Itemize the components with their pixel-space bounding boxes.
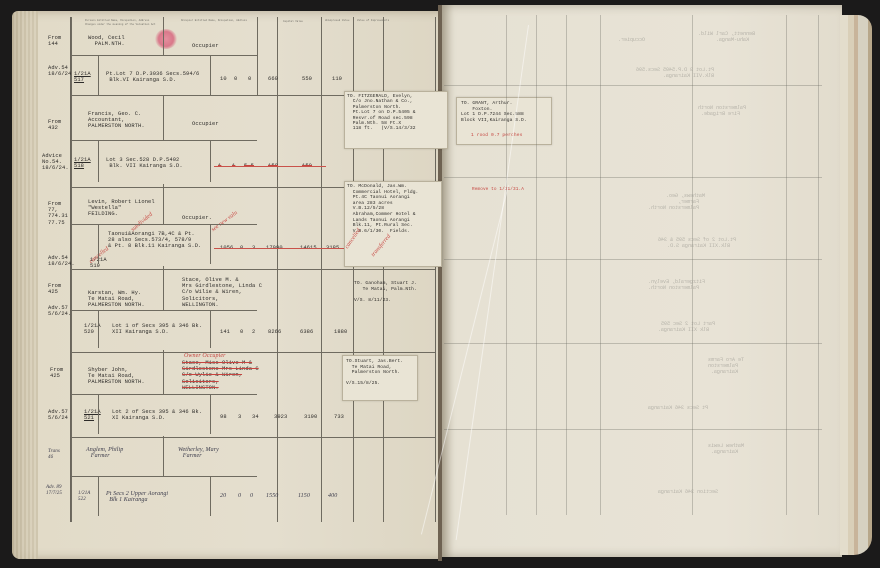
faint-rule [444,85,822,86]
bleed-through-text: Mathews, Geo. Farmer, Palmerston North. [648,193,705,211]
rule [98,56,99,95]
entry-advice: Adv. 89 17/7/25 [46,485,62,497]
bleed-through-text: Part Lot 2 Sec 595 Blk XII Kairanga. [658,321,715,333]
header-improvements: Value of Improvements [357,19,389,22]
bleed-through-text: Occupier. [618,37,645,43]
rule [210,476,211,516]
entry-description: Taonui&Aorangi 7B,4C & Pt. 28 also Secs.… [108,231,201,250]
entry-improvements-value: 733 [334,414,344,420]
page-edge [12,11,38,559]
entry-description: Lot 2 of Secs 395 & 346 Bk. XI Kairanga … [112,409,202,421]
owner-box [71,17,258,56]
faint-rule [600,15,601,515]
entry-area-acres: 20 [220,493,226,499]
entry-capital-value: 8266 [268,329,281,335]
entry-area-roods: 3 [238,414,241,420]
rule [98,394,99,434]
rule [210,394,211,434]
entry-description: Pt Secs 2 Upper Aorangi Blk 1 Kairanga [106,491,168,503]
entry-improvements-value: 1880 [334,329,347,335]
book-spine [438,5,442,561]
transfer-note: TO. Ganoham, Stuart J. Te Matai, Palm.Nt… [354,281,417,303]
bleed-through-text: Pt.Lot 3 D.P.5405 Secs.596 Blk.VII Kaira… [636,67,714,79]
faint-rule [506,15,507,515]
entry-valuation-no: 1/21A 518 [74,157,91,169]
rule [163,96,164,140]
rule [163,184,164,224]
bleed-through-text: Section 346 Kairanga [658,489,718,495]
entry-owner: Shyber John, Te Matai Road, PALMERSTON N… [88,367,145,386]
entry-area-perches: 0 [250,493,253,499]
entry-unimproved-value: 550 [302,76,312,82]
entry-capital-value: 660 [268,76,278,82]
bleed-through-text: Palmerston North Fire Brigade. [698,105,746,117]
rule [163,350,164,394]
entry-occupier: Stace, Miss Olive M & Girdlestone Mrs Li… [182,360,259,391]
entry-capital-value: 3923 [274,414,287,420]
entry-ref: From 432 [48,119,61,131]
entry-ref: From 77, 774.31 77.75 [48,201,68,226]
entry-area-roods: 0 [240,329,243,335]
entry-unimproved-value: 1150 [298,493,310,499]
transfer-note: TO. FITZGERALD, Evelyn, C/o Jno.Nathan &… [347,94,416,132]
red-annotation: Remove to 1/21/31.A [472,187,524,193]
rule [210,224,211,264]
strikethrough-line [214,166,326,167]
entry-area-roods: 0 [238,493,241,499]
entry-ref: From 425 [50,367,63,379]
entry-advice: Advice No.54. 18/6/24. [42,153,69,172]
entry-ref: Trans 46 [48,449,60,461]
entry-owner: Anglem, Philip Farmer [86,447,123,459]
entry-area-perches: 2 [252,329,255,335]
faint-rule [786,15,787,515]
handwritten-annotation: transferred [370,234,392,258]
row-divider [71,352,435,353]
rule [210,140,211,182]
transfer-slip: TO. McDonald, Jas.Wm. Commercial Hotel, … [344,181,442,267]
faint-rule [444,259,822,260]
entry-valuation-no: 1/21A 522 [78,491,90,503]
faint-rule [818,15,819,515]
rule [98,310,99,348]
rule [98,476,99,516]
transfer-slip: TO. FITZGERALD, Evelyn, C/o Jno.Nathan &… [344,91,448,149]
transfer-note-area: 1 rood 0.7 perches [471,133,522,139]
entry-occupier: Wetherley, Mary Farmer [178,447,219,459]
bleed-through-text: Pt.Lot 2 of Secs 595 & 346 Blk.XII Kaira… [658,237,736,249]
entry-unimproved-value: 6386 [300,329,313,335]
entry-owner: Francis, Geo. C. Accountant, PALMERSTON … [88,111,145,130]
faint-rule [692,15,693,515]
entry-advice: Adv.54 18/6/24 [48,65,71,77]
faint-rule [566,15,567,515]
bleed-through-text: Mathew Lewis Kairanga. [708,443,744,455]
entry-improvements-value: 110 [332,76,342,82]
bleed-through-text: Fitzgerald, Evelyn. Palmerston North. [648,279,705,291]
faint-rule [444,343,822,344]
entry-area-acres: 98 [220,414,227,420]
entry-occupier: Occupier. [182,215,212,221]
entry-ref: From 425 [48,283,61,295]
entry-improvements-value: 400 [328,493,337,499]
bleed-through-text: Pt Secs 346 Kairanga [648,405,708,411]
row-divider [71,269,435,270]
bleed-through-text: Te Aro Farms Palmerston Kairanga. [708,357,744,375]
row-divider [71,437,435,438]
strikethrough-line [214,248,354,249]
entry-description: Lot 1 of Secs 395 & 346 Bk. XII Kairanga… [112,323,202,335]
header-unimproved: Unimproved Value [325,19,350,22]
entry-ref: From 144 [48,35,61,47]
entry-occupier: Occupier [192,121,219,127]
rule [98,140,99,182]
transfer-note: TO. McDonald, Jas.Wm. Commercial Hotel, … [347,184,418,234]
faint-rule [444,429,822,430]
occupier-correction: Owner Occupier [184,353,226,359]
rule [210,56,211,95]
transfer-note: TO.Stuart, Jas.Bert. Te Matai Road, Palm… [346,359,403,387]
rule [98,224,99,264]
entry-owner: Karstan, Wm. Hy. Te Matai Road, PALMERST… [88,290,145,309]
faint-rule [444,177,822,178]
entry-advice: Adv.57 5/6/24 [48,409,68,421]
rule [210,310,211,348]
rule [163,266,164,310]
page-stack-edge [840,15,872,555]
entry-unimproved-value: 3190 [304,414,317,420]
transfer-slip: TO. GRANT, Arthur. Foxton. Lot 1 D.P.724… [456,97,552,145]
entry-capital-value: 1550 [266,493,278,499]
entry-description: Lot 3 Sec.528 D.P.5402 Blk. VII Kairanga… [106,157,183,169]
right-page [440,5,842,557]
header-capital: Capital Value [283,20,303,23]
bleed-through-text: Bennett, Carl Wild. Kahu-Manga. [698,31,755,43]
entry-area-perches: 34 [252,414,259,420]
transfer-slip: TO.Stuart, Jas.Bert. Te Matai Road, Palm… [342,355,418,401]
rule [163,436,164,476]
entry-occupier: Stace, Olive M. & Mrs Girdlestone, Linda… [182,277,262,308]
entry-area-acres: 141 [220,329,230,335]
description-box [71,55,258,96]
entry-advice: Adv.57 5/6/24. [48,305,71,317]
faint-rule [536,15,537,515]
